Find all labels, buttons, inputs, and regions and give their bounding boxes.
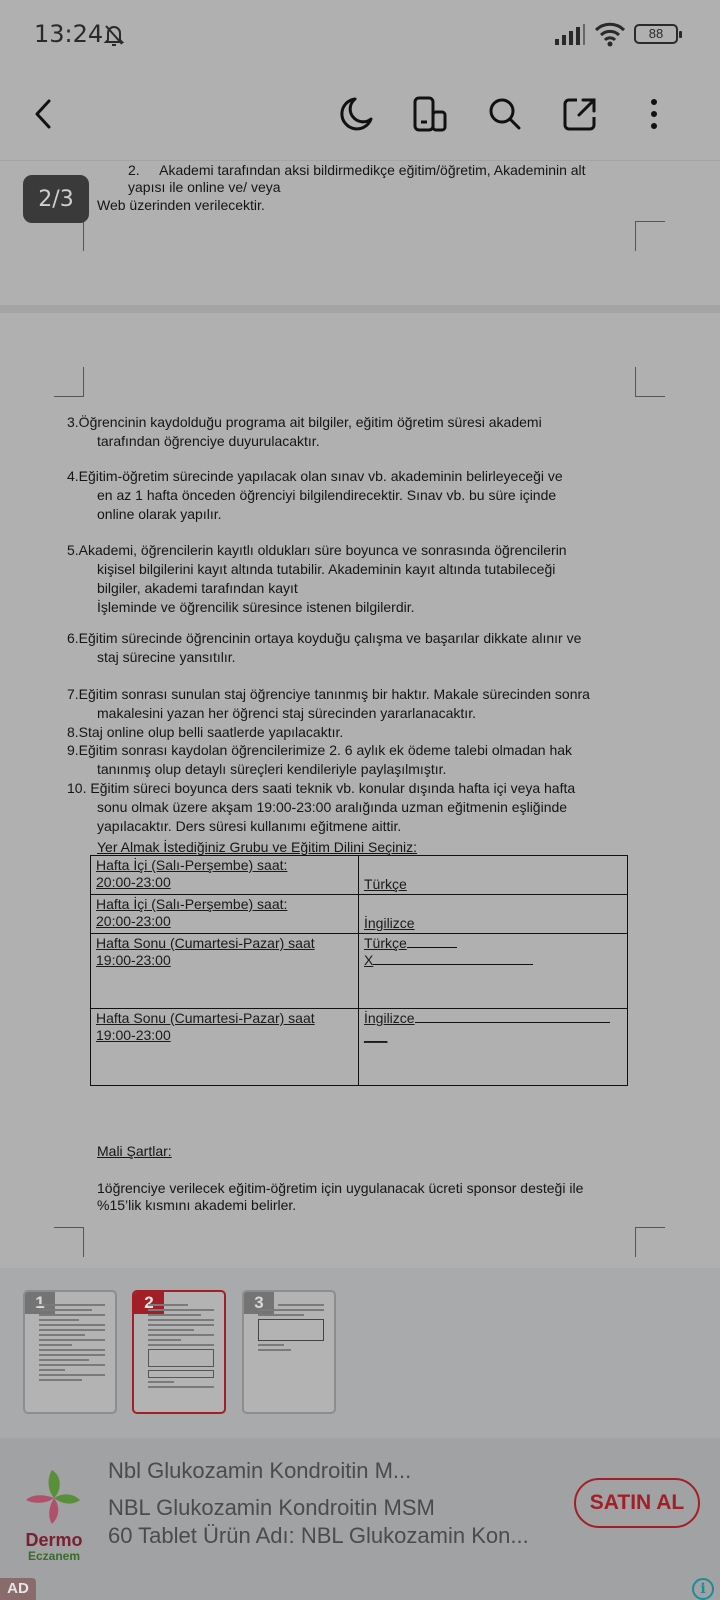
svg-text:Eczanem: Eczanem [28,1549,80,1563]
financial-heading: Mali Şartlar: [97,1142,172,1161]
page-corner-mark [635,367,665,397]
document-viewport[interactable]: 2. Akademi tarafından aksi bildirmedikçe… [0,160,720,1268]
night-mode-icon [337,95,375,133]
table-row: Hafta Sonu (Cumartesi-Pazar) saat19:00-2… [91,934,628,1009]
ad-title[interactable]: Nbl Glukozamin Kondroitin M... [108,1458,411,1484]
schedule-cell: Hafta Sonu (Cumartesi-Pazar) saat19:00-2… [91,1009,359,1086]
list-item-line: yapılacaktır. Ders süresi kullanımı eğit… [67,817,401,836]
thumbnail-page-1[interactable]: 1 [23,1290,117,1414]
table-row: Hafta İçi (Salı-Perşembe) saat:20:00-23:… [91,856,628,895]
ad-badge: AD [0,1578,36,1600]
back-icon [25,95,63,133]
list-item-line: İşleminde ve öğrencilik süresince istene… [67,598,415,617]
page-corner-mark [635,221,665,251]
page1-item2-line3: Web üzerinden verilecektir. [97,196,265,215]
table-row: Hafta Sonu (Cumartesi-Pazar) saat19:00-2… [91,1009,628,1086]
page-indicator: 2/3 [23,175,89,223]
language-cell[interactable]: Türkçe [359,856,628,895]
list-item-line: 7.Eğitim sonrası sunulan staj öğrenciye … [67,685,590,704]
search-button[interactable] [483,92,527,136]
page-corner-mark [54,1227,84,1257]
status-bar: 13:24 88 [0,0,720,70]
brand-logo: Dermo Eczanem [16,1464,92,1564]
share-button[interactable] [558,92,602,136]
schedule-cell: Hafta Sonu (Cumartesi-Pazar) saat19:00-2… [91,934,359,1009]
list-item-line: en az 1 hafta önceden öğrenciyi bilgilen… [67,486,556,505]
list-item-line: kişisel bilgilerini kayıt altında tutabi… [67,560,555,579]
thumbnail-page-2[interactable]: 2 [132,1290,226,1414]
list-item-line: bilgiler, akademi tarafından kayıt [67,579,298,598]
more-options-button[interactable] [632,92,676,136]
battery-icon: 88 [634,24,678,44]
more-options-icon [635,95,673,133]
page-corner-mark [54,221,84,251]
schedule-cell: Hafta İçi (Salı-Perşembe) saat:20:00-23:… [91,895,359,934]
list-item-line: 9.Eğitim sonrası kaydolan öğrencilerimiz… [67,741,572,760]
list-item-line: tarafından öğrenciye duyurulacaktır. [67,432,320,451]
back-button[interactable] [22,92,66,136]
group-selection-table: Hafta İçi (Salı-Perşembe) saat:20:00-23:… [90,855,628,1086]
schedule-cell: Hafta İçi (Salı-Perşembe) saat:20:00-23:… [91,856,359,895]
wifi-icon [594,20,626,48]
page-corner-mark [635,1227,665,1257]
night-mode-button[interactable] [334,92,378,136]
ad-description[interactable]: NBL Glukozamin Kondroitin MSM 60 Tablet … [108,1494,529,1550]
signal-icon [555,24,587,46]
list-item-line: tanınmış olup detaylı süreçleri kendiler… [67,760,446,779]
page-separator [0,305,720,313]
page1-item2-line2: yapısı ile online ve/ veya [128,178,281,197]
viewer-toolbar [0,72,720,160]
share-icon [561,95,599,133]
info-icon[interactable]: i [692,1578,714,1600]
list-item-line: 6.Eğitim sürecinde öğrencinin ortaya koy… [67,629,581,648]
ad-banner[interactable]: Dermo Eczanem Nbl Glukozamin Kondroitin … [0,1438,720,1600]
page-corner-mark [54,367,84,397]
list-item-line: makalesini yazan her öğrenci staj süreci… [67,704,476,723]
page-layout-button[interactable] [408,92,452,136]
search-icon [486,95,524,133]
list-item-line: 3.Öğrencinin kaydolduğu programa ait bil… [67,413,542,432]
financial-line2: %15’lik kısmını akademi belirler. [97,1196,296,1215]
svg-text:Dermo: Dermo [25,1530,82,1550]
language-cell[interactable]: TürkçeX [359,934,628,1009]
list-item-line: sonu olmak üzere akşam 19:00-23:00 aralı… [67,798,567,817]
buy-button[interactable]: SATIN AL [574,1478,700,1528]
status-time: 13:24 [34,20,103,48]
bell-muted-icon [102,22,126,48]
language-cell[interactable]: İngilizce___ [359,1009,628,1086]
list-item-line: 4.Eğitim-öğretim sürecinde yapılacak ola… [67,467,563,486]
page-layout-icon [411,95,449,133]
list-item-line: 10. Eğitim süreci boyunca ders saati tek… [67,779,575,798]
list-item-line: 8.Staj online olup belli saatlerde yapıl… [67,723,343,742]
list-item-line: 5.Akademi, öğrencilerin kayıtlı olduklar… [67,541,567,560]
thumbnail-page-3[interactable]: 3 [242,1290,336,1414]
language-cell[interactable]: İngilizce [359,895,628,934]
table-row: Hafta İçi (Salı-Perşembe) saat:20:00-23:… [91,895,628,934]
list-item-line: online olarak yapılır. [67,505,222,524]
list-item-line: staj sürecine yansıtılır. [67,648,236,667]
thumbnail-strip: 1 2 3 [0,1268,720,1438]
